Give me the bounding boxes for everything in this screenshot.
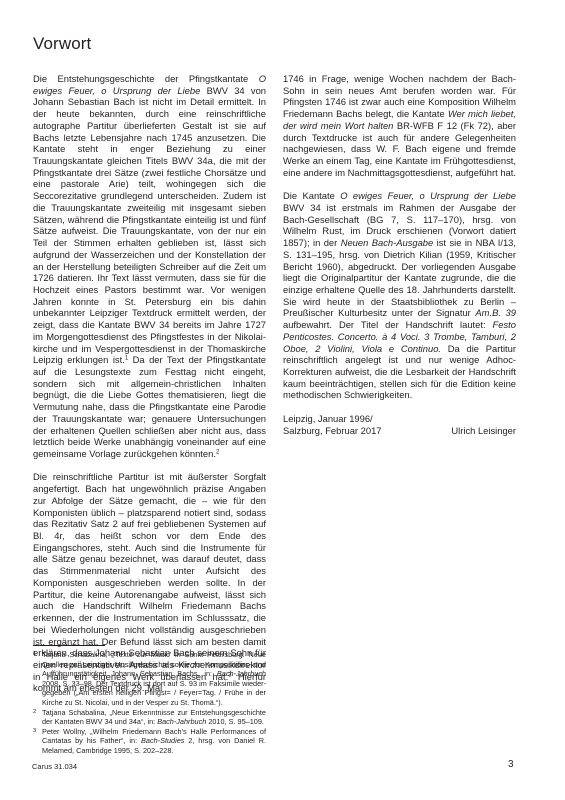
- journal-title: Bach-Jahrbuch: [157, 717, 206, 726]
- journal-title: Bach-Studies: [141, 736, 184, 745]
- page-title: Vorwort: [33, 34, 91, 54]
- text: Die Kantate: [283, 190, 340, 201]
- paragraph: Die Entstehungsgeschichte der Pfingstkan…: [33, 73, 266, 460]
- footnote: 1Tatjana Schabalina, „’Texte zur Music’ …: [33, 650, 266, 708]
- footnote-number: 1: [33, 650, 36, 660]
- footnotes: 1Tatjana Schabalina, „’Texte zur Music’ …: [33, 650, 266, 756]
- page-number: 3: [508, 759, 514, 770]
- signature-shelfmark: Am.B. 39: [475, 307, 516, 318]
- text: 2008, S. 33–98. Der Textdruck ist dort a…: [42, 679, 266, 707]
- text: Da der Text der Pfingstkantate auf die L…: [33, 354, 266, 459]
- paragraph: 1746 in Frage, wenige Wochen nachdem der…: [283, 73, 516, 178]
- footnote: 3Peter Wollny, „Wilhelm Friedemann Bach’…: [33, 727, 266, 756]
- author-name: Ulrich Leisinger: [451, 425, 516, 437]
- right-column: 1746 in Frage, wenige Wochen nachdem der…: [283, 73, 516, 436]
- footnote-divider: [33, 645, 105, 646]
- journal-title: Bach-Jahrbuch: [217, 669, 266, 678]
- work-title: O ewiges Feuer, o Ursprung der Liebe: [340, 190, 516, 201]
- left-column: Die Entstehungsgeschichte der Pfingstkan…: [33, 73, 266, 694]
- footnote: 2Tatjana Schabalina, „Neue Erkenntnisse …: [33, 708, 266, 727]
- text: 2010, S. 95–109.: [206, 717, 264, 726]
- edition-title: Neuen Bach-Ausgabe: [341, 237, 434, 248]
- text: BWV 34 von Johann Sebas­tian Bach ist ni…: [33, 85, 266, 366]
- publisher-number: Carus 31.034: [32, 762, 77, 771]
- text: ist sie in NBA I/13, S. 131–195, hrsg. v…: [283, 237, 516, 318]
- place-date: Leipzig, Januar 1996/ Salzburg, Februar …: [283, 413, 382, 436]
- signature-block: Leipzig, Januar 1996/ Salzburg, Februar …: [283, 413, 516, 436]
- footnote-number: 3: [33, 727, 36, 737]
- paragraph: Die Kantate O ewiges Feuer, o Ursprung d…: [283, 190, 516, 401]
- text: Die Entstehungsgeschichte der Pfingstkan…: [33, 73, 259, 84]
- footnote-ref[interactable]: 2: [216, 450, 219, 456]
- text: aufbewahrt. Der Titel der Handschrift la…: [283, 319, 493, 330]
- footnote-number: 2: [33, 708, 36, 718]
